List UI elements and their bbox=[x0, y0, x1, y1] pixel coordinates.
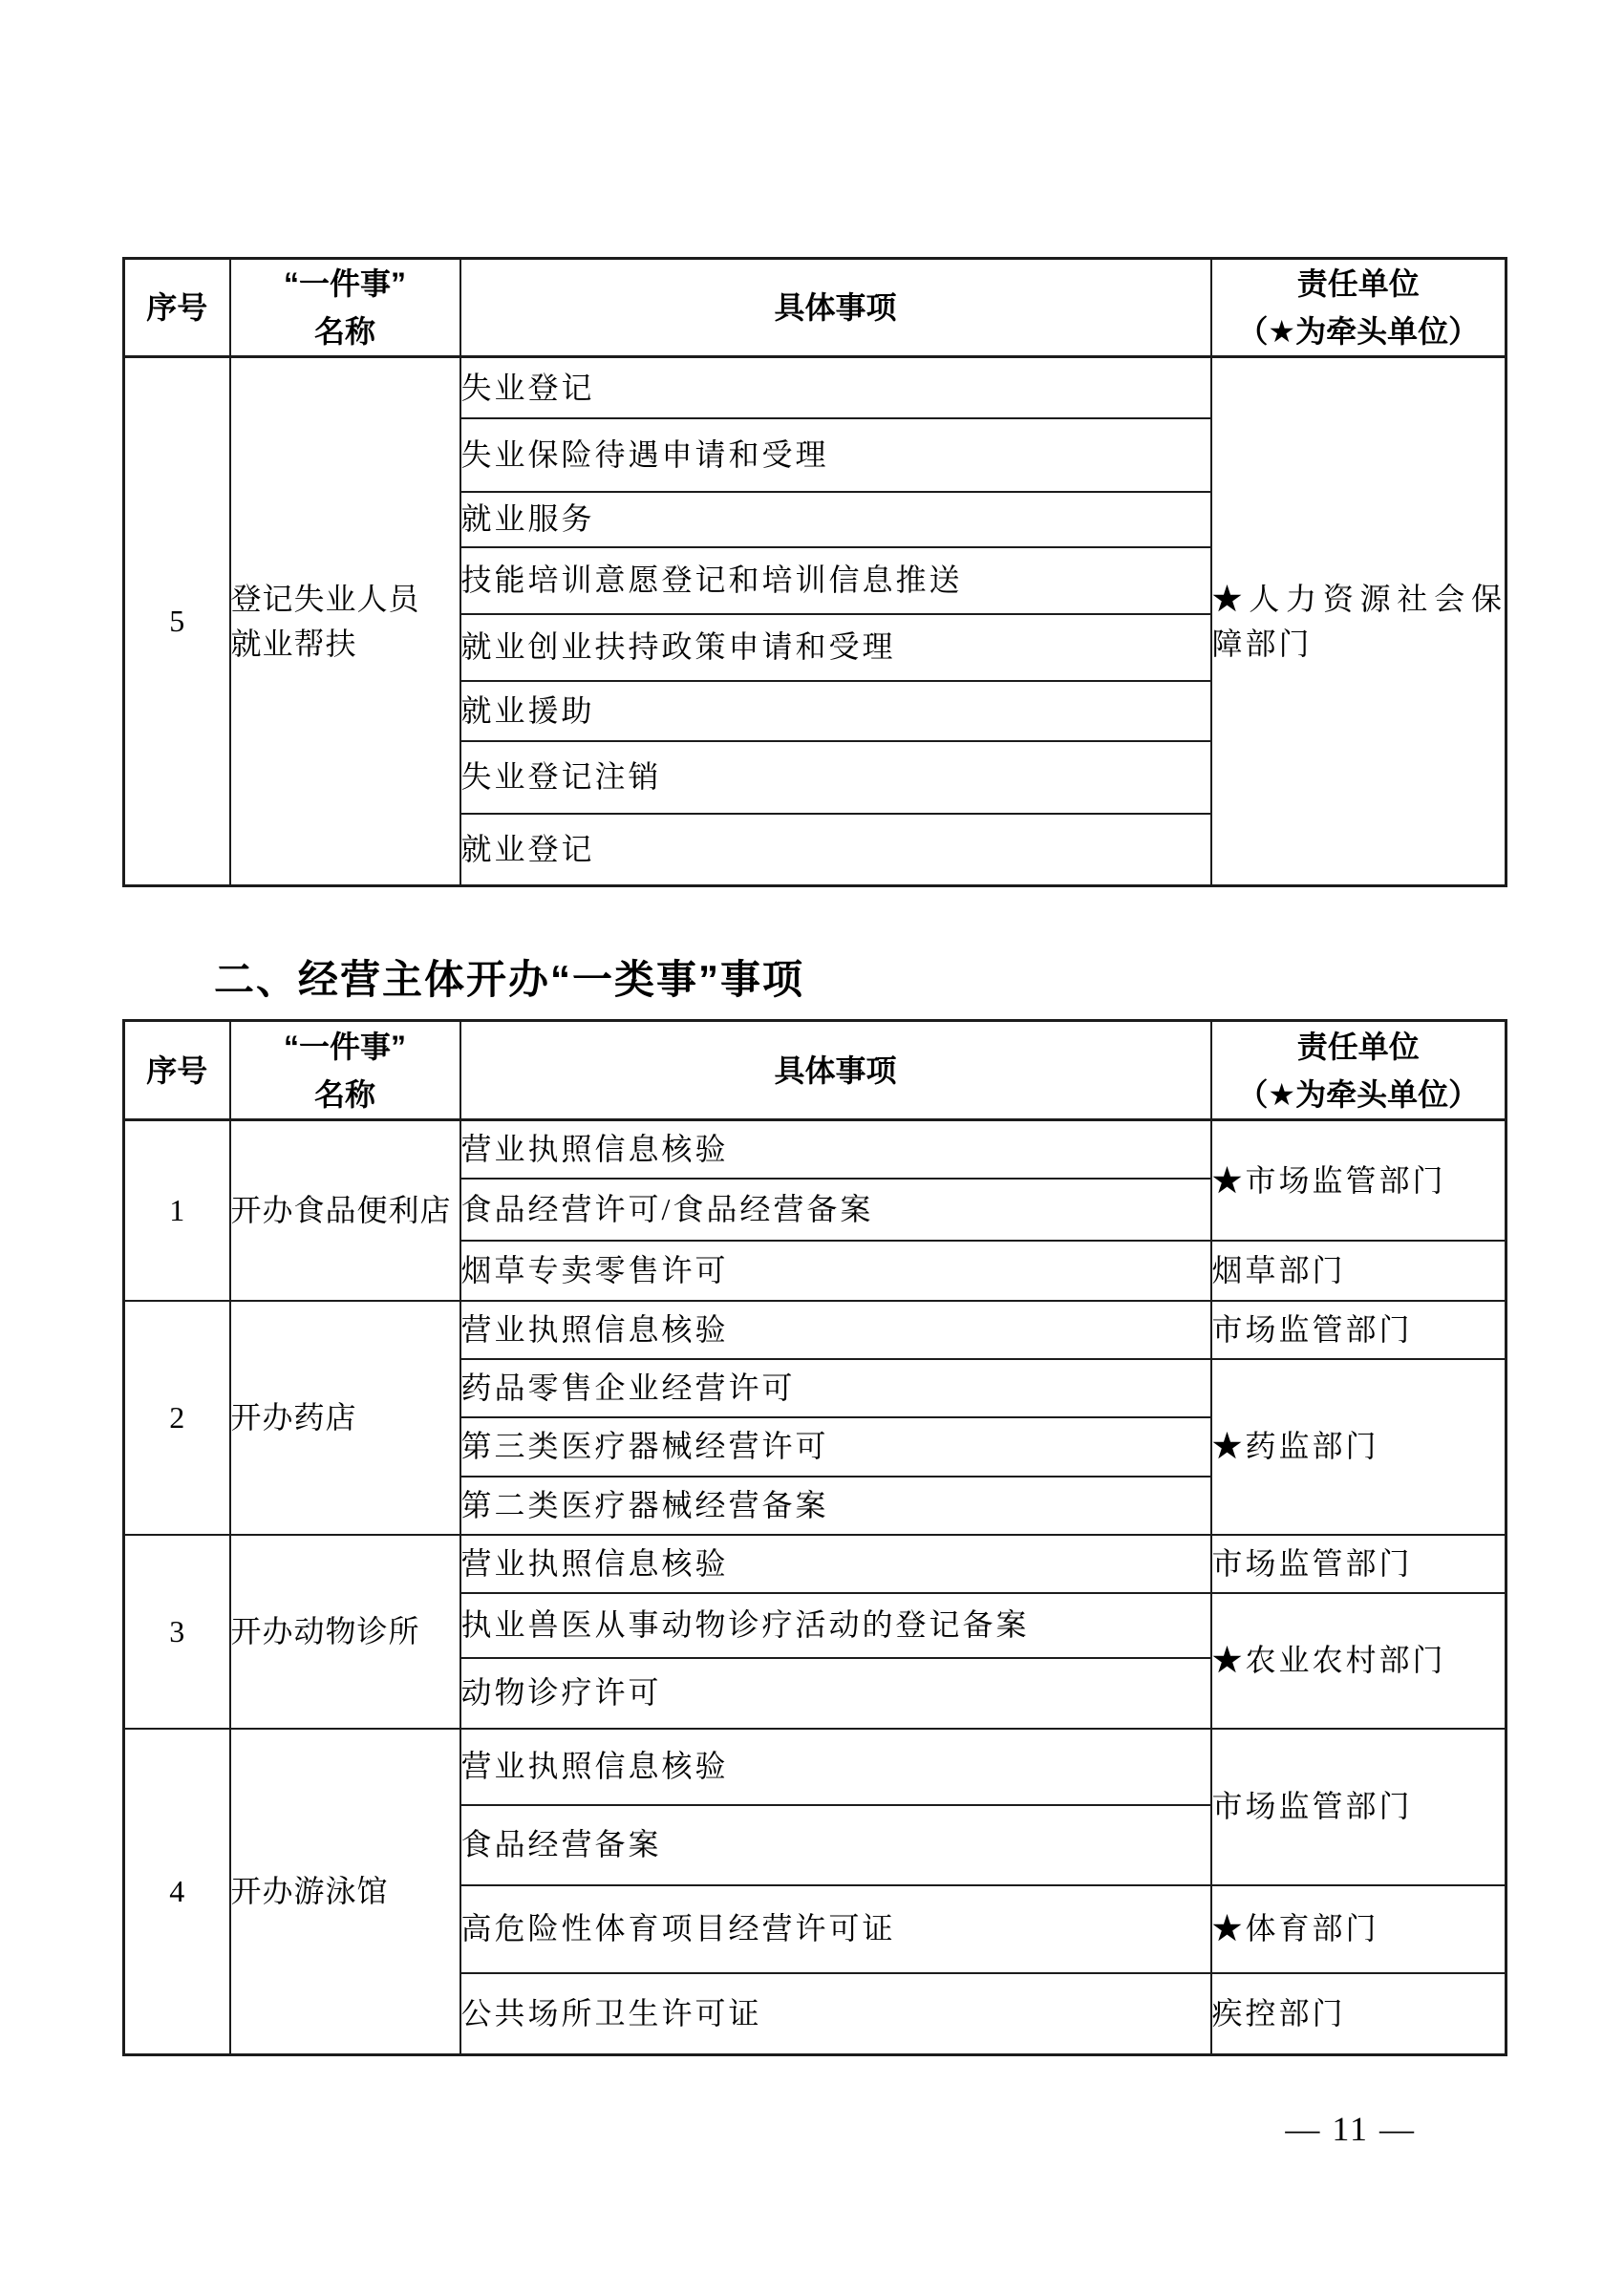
item-cell: 药品零售企业经营许可 bbox=[460, 1359, 1211, 1417]
item-cell: 就业创业扶持政策申请和受理 bbox=[460, 614, 1211, 681]
page-number: — 11 — bbox=[1285, 2109, 1416, 2149]
item-cell: 执业兽医从事动物诊疗活动的登记备案 bbox=[460, 1593, 1211, 1658]
item-cell: 营业执照信息核验 bbox=[460, 1729, 1211, 1805]
unit-cell: 市场监管部门 bbox=[1211, 1301, 1506, 1359]
item-cell: 高危险性体育项目经营许可证 bbox=[460, 1885, 1211, 1973]
table-row: 序号 “一件事” 名称 具体事项 责任单位 （★为牵头单位） bbox=[124, 1021, 1506, 1120]
header-unit: 责任单位 （★为牵头单位） bbox=[1211, 259, 1506, 357]
item-cell: 技能培训意愿登记和培训信息推送 bbox=[460, 547, 1211, 614]
header-items: 具体事项 bbox=[460, 259, 1211, 357]
item-cell: 营业执照信息核验 bbox=[460, 1120, 1211, 1179]
item-cell: 营业执照信息核验 bbox=[460, 1535, 1211, 1593]
header-name-line1: “一件事” bbox=[231, 260, 459, 308]
table-employment-assistance: 序号 “一件事” 名称 具体事项 责任单位 （★为牵头单位） 5 登记失业人员 … bbox=[122, 257, 1507, 887]
table-row: 2 开办药店 营业执照信息核验 市场监管部门 bbox=[124, 1301, 1506, 1359]
header-name-line2: 名称 bbox=[231, 308, 459, 355]
item-cell: 第二类医疗器械经营备案 bbox=[460, 1477, 1211, 1535]
name-line1: 登记失业人员 bbox=[231, 577, 459, 621]
header-unit-line1: 责任单位 bbox=[1212, 260, 1506, 308]
header-unit-line2: （★为牵头单位） bbox=[1212, 1071, 1506, 1118]
header-unit-line2: （★为牵头单位） bbox=[1212, 308, 1506, 355]
name-line2: 就业帮扶 bbox=[231, 622, 459, 666]
section-heading: 二、经营主体开办“一类事”事项 bbox=[214, 948, 804, 1006]
item-cell: 失业保险待遇申请和受理 bbox=[460, 418, 1211, 492]
table-row: 序号 “一件事” 名称 具体事项 责任单位 （★为牵头单位） bbox=[124, 259, 1506, 357]
item-cell: 就业服务 bbox=[460, 492, 1211, 547]
seq-cell: 4 bbox=[124, 1729, 230, 2055]
name-cell: 登记失业人员 就业帮扶 bbox=[230, 357, 460, 886]
item-cell: 失业登记 bbox=[460, 357, 1211, 418]
unit-cell: ★人力资源社会保障部门 bbox=[1211, 357, 1506, 886]
name-cell: 开办药店 bbox=[230, 1301, 460, 1535]
item-cell: 公共场所卫生许可证 bbox=[460, 1973, 1211, 2055]
table-row: 4 开办游泳馆 营业执照信息核验 市场监管部门 bbox=[124, 1729, 1506, 1805]
header-unit-line1: 责任单位 bbox=[1212, 1023, 1506, 1071]
header-name-line1: “一件事” bbox=[231, 1023, 459, 1071]
unit-cell: 疾控部门 bbox=[1211, 1973, 1506, 2055]
header-name: “一件事” 名称 bbox=[230, 1021, 460, 1120]
table-row: 3 开办动物诊所 营业执照信息核验 市场监管部门 bbox=[124, 1535, 1506, 1593]
header-items: 具体事项 bbox=[460, 1021, 1211, 1120]
seq-cell: 5 bbox=[124, 357, 230, 886]
item-cell: 烟草专卖零售许可 bbox=[460, 1241, 1211, 1301]
seq-cell: 3 bbox=[124, 1535, 230, 1729]
item-cell: 食品经营备案 bbox=[460, 1805, 1211, 1885]
header-name: “一件事” 名称 bbox=[230, 259, 460, 357]
unit-cell: 烟草部门 bbox=[1211, 1241, 1506, 1301]
unit-cell: ★药监部门 bbox=[1211, 1359, 1506, 1535]
header-seq: 序号 bbox=[124, 259, 230, 357]
header-unit: 责任单位 （★为牵头单位） bbox=[1211, 1021, 1506, 1120]
item-cell: 食品经营许可/食品经营备案 bbox=[460, 1179, 1211, 1241]
unit-cell: ★市场监管部门 bbox=[1211, 1120, 1506, 1241]
item-cell: 动物诊疗许可 bbox=[460, 1658, 1211, 1729]
table-business-opening: 序号 “一件事” 名称 具体事项 责任单位 （★为牵头单位） 1 开办食品便利店… bbox=[122, 1019, 1507, 2056]
table-row: 5 登记失业人员 就业帮扶 失业登记 ★人力资源社会保障部门 bbox=[124, 357, 1506, 418]
name-cell: 开办食品便利店 bbox=[230, 1120, 460, 1301]
unit-cell: ★体育部门 bbox=[1211, 1885, 1506, 1973]
seq-cell: 1 bbox=[124, 1120, 230, 1301]
item-cell: 第三类医疗器械经营许可 bbox=[460, 1417, 1211, 1477]
header-seq: 序号 bbox=[124, 1021, 230, 1120]
header-name-line2: 名称 bbox=[231, 1071, 459, 1118]
seq-cell: 2 bbox=[124, 1301, 230, 1535]
name-cell: 开办动物诊所 bbox=[230, 1535, 460, 1729]
unit-cell: ★农业农村部门 bbox=[1211, 1593, 1506, 1729]
item-cell: 营业执照信息核验 bbox=[460, 1301, 1211, 1359]
item-cell: 失业登记注销 bbox=[460, 741, 1211, 814]
table-row: 1 开办食品便利店 营业执照信息核验 ★市场监管部门 bbox=[124, 1120, 1506, 1179]
item-cell: 就业援助 bbox=[460, 681, 1211, 741]
item-cell: 就业登记 bbox=[460, 814, 1211, 886]
unit-cell: 市场监管部门 bbox=[1211, 1535, 1506, 1593]
document-page: 序号 “一件事” 名称 具体事项 责任单位 （★为牵头单位） 5 登记失业人员 … bbox=[0, 0, 1624, 2296]
name-cell: 开办游泳馆 bbox=[230, 1729, 460, 2055]
unit-cell: 市场监管部门 bbox=[1211, 1729, 1506, 1885]
